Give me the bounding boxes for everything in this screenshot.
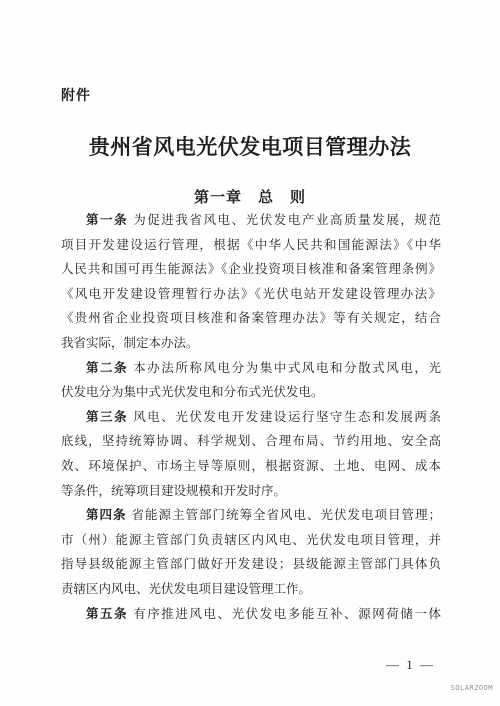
document-title: 贵州省风电光伏发电项目管理办法 (0, 134, 500, 160)
article-4-text: 省能源主管部门统筹全省风电、光伏发电项目管理； (132, 508, 441, 522)
article-4-line-1: 第四条省能源主管部门统筹全省风电、光伏发电项目管理； (61, 503, 441, 528)
document-page: 附件 贵州省风电光伏发电项目管理办法 第一章 总 则 第一条为促进我省风电、光伏… (0, 0, 500, 706)
article-3-label: 第三条 (86, 410, 128, 424)
article-2-label: 第二条 (86, 361, 128, 375)
article-4-line-4: 责辖区内风电、光伏发电项目建设管理工作。 (61, 577, 441, 602)
watermark-label: SOLARZOOM (451, 684, 493, 693)
attachment-label: 附件 (61, 88, 91, 106)
article-1-label: 第一条 (86, 213, 128, 227)
article-4-label: 第四条 (86, 508, 127, 522)
page-number: — 1 — (386, 656, 435, 673)
article-1-line-3: 人民共和国可再生能源法》《企业投资项目核准和备案管理条例》 (61, 257, 441, 282)
article-1-line-2: 项目开发建设运行管理，根据《中华人民共和国能源法》《中华 (61, 233, 441, 258)
article-2-text: 本办法所称风电分为集中式风电和分散式风电，光 (133, 361, 441, 375)
article-4-line-2: 市（州）能源主管部门负责辖区内风电、光伏发电项目管理，并 (61, 528, 441, 553)
article-5-text: 有序推进风电、光伏发电多能互补、源网荷储一体 (133, 607, 441, 621)
article-2-line-1: 第二条本办法所称风电分为集中式风电和分散式风电，光 (61, 356, 441, 381)
article-1-line-1: 第一条为促进我省风电、光伏发电产业高质量发展，规范 (61, 208, 441, 233)
article-5-line-1: 第五条有序推进风电、光伏发电多能互补、源网荷储一体 (61, 602, 441, 627)
article-2-line-2: 伏发电分为集中式光伏发电和分布式光伏发电。 (61, 380, 441, 405)
chapter-heading: 第一章 总 则 (0, 188, 500, 208)
article-3-line-2: 底线，坚持统筹协调、科学规划、合理布局、节约用地、安全高 (61, 429, 441, 454)
article-3-text: 风电、光伏发电开发建设运行坚守生态和发展两条 (133, 410, 441, 424)
article-1-line-5: 《贵州省企业投资项目核准和备案管理办法》等有关规定，结合 (61, 306, 441, 331)
document-body: 第一条为促进我省风电、光伏发电产业高质量发展，规范 项目开发建设运行管理，根据《… (61, 208, 441, 626)
article-3-line-1: 第三条风电、光伏发电开发建设运行坚守生态和发展两条 (61, 405, 441, 430)
article-4-line-3: 指导县级能源主管部门做好开发建设；县级能源主管部门具体负 (61, 552, 441, 577)
article-3-line-3: 效、环境保护、市场主导等原则，根据资源、土地、电网、成本 (61, 454, 441, 479)
article-1-line-6: 我省实际，制定本办法。 (61, 331, 441, 356)
article-1-text: 为促进我省风电、光伏发电产业高质量发展，规范 (133, 213, 441, 227)
article-3-line-4: 等条件，统筹项目建设规模和开发时序。 (61, 479, 441, 504)
article-1-line-4: 《风电开发建设管理暂行办法》《光伏电站开发建设管理办法》 (61, 282, 441, 307)
article-5-label: 第五条 (86, 607, 128, 621)
